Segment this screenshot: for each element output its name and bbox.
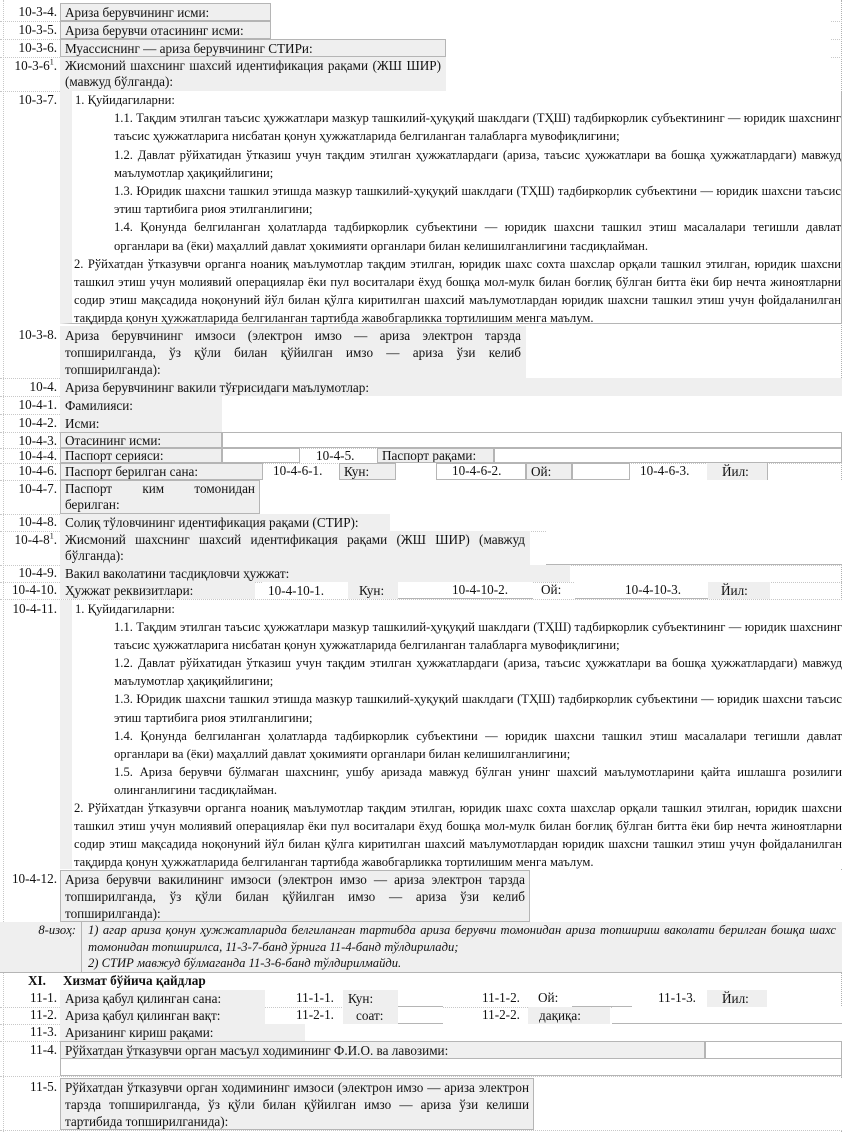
month-label: Ой: (538, 990, 558, 1006)
receipt-hour-input[interactable] (398, 1007, 443, 1024)
month-label: Ой: (541, 582, 561, 598)
rep-tin-input[interactable] (390, 514, 842, 531)
personal-id-label: Жисмоний шахснинг шахсий идентификация р… (60, 57, 446, 91)
rep-signature-input[interactable] (530, 870, 842, 922)
item-number: 10-4-6-1. (273, 463, 322, 479)
incoming-number-label: Аризанинг кириш рақами: (60, 1024, 305, 1041)
row-11-1: 11-1. Ариза қабул қилинган сана: 11-1-1.… (0, 990, 842, 1008)
item-number: 10-3-61. (0, 57, 57, 75)
rep-personal-id-label: Жисмоний шахснинг шахсий идентификация р… (60, 531, 530, 565)
item-number: 11-3. (0, 1024, 57, 1040)
item-number: 10-3-4. (0, 3, 57, 21)
row-11-3: 11-3. Аризанинг кириш рақами: (0, 1024, 842, 1042)
passport-series-label: Паспорт серияси: (60, 448, 222, 463)
declaration-block: 1. Қуйидагиларни: 1.1. Тақдим этилган та… (60, 91, 842, 324)
passport-number-input[interactable] (494, 448, 842, 463)
item-number: 10-4-81. (0, 531, 57, 549)
item-number: 10-4-10-2. (452, 582, 508, 598)
row-10-4-8-1: 10-4-81. Жисмоний шахснинг шахсий иденти… (0, 531, 842, 566)
row-11-2: 11-2. Ариза қабул қилинган вақт: 11-2-1.… (0, 1007, 842, 1025)
minute-label: дақиқа: (528, 1007, 610, 1024)
rep-surname-label: Фамилияси: (60, 396, 222, 414)
declaration-item-1-4: 1.4. Қонунда белгиланган ҳолатларда тадб… (114, 218, 841, 254)
row-10-4-8: 10-4-8. Солиқ тўловчининг идентификация … (0, 514, 842, 532)
officer-signature-input[interactable] (534, 1078, 842, 1130)
row-10-4-12: 10-4-12. Ариза берувчи вакилининг имзоси… (0, 870, 842, 923)
receipt-minute-input[interactable] (612, 1007, 842, 1024)
note-line-1: 1) агар ариза қонун ҳужжатларида белгила… (88, 922, 836, 955)
rep-name-label: Исми: (60, 414, 222, 432)
declaration-head: 1. Қуйидагиларни: (72, 600, 842, 618)
passport-issuer-label: Паспорт ким томонидан берилган: (60, 480, 260, 514)
day-label: Кун: (339, 463, 396, 480)
authority-document-label: Вакил ваколатини тасдиқловчи ҳужжат: (60, 565, 570, 582)
item-number: 10-4-11. (0, 600, 57, 618)
section-roman-numeral: XI. (28, 972, 46, 990)
year-label: Йил: (708, 582, 770, 599)
item-number: 11-1-2. (482, 990, 520, 1006)
rep-patronymic-input[interactable] (222, 432, 842, 448)
item-number: 11-2-1. (296, 1007, 334, 1023)
applicant-signature-input[interactable] (526, 326, 831, 378)
declaration-item-1-3: 1.3. Юридик шахсни ташкил этишда мазкур … (114, 182, 841, 218)
declaration-item-2: 2. Рўйхатдан ўтказувчи органга ноаниқ ма… (72, 799, 842, 871)
personal-id-input[interactable] (446, 57, 831, 91)
document-details-label: Ҳужжат реквизитлари: (60, 582, 255, 599)
officer-signature-label: Рўйхатдан ўтказувчи орган ходимининг имз… (60, 1078, 534, 1130)
item-number: 10-3-8. (0, 326, 57, 344)
row-10-4-3: 10-4-3. Отасининг исми: (0, 432, 842, 449)
founder-tin-input[interactable] (446, 39, 831, 57)
item-number: 10-3-7. (0, 91, 57, 109)
receipt-time-label: Ариза қабул қилинган вақт: (60, 1007, 265, 1024)
applicant-signature-label: Ариза берувчининг имзоси (электрон имзо … (60, 326, 526, 378)
declaration-item-1-1: 1.1. Тақдим этилган таъсис ҳужжатлари ма… (114, 109, 841, 145)
item-number: 10-4-10-3. (625, 582, 681, 598)
year-label: Йил: (707, 990, 767, 1007)
item-number: 11-1-1. (296, 990, 334, 1006)
item-number: 11-4. (0, 1041, 57, 1059)
officer-name-input[interactable] (705, 1041, 842, 1059)
rep-name-input[interactable] (222, 414, 842, 432)
item-number: 10-4-6. (0, 463, 57, 479)
declaration-item-1-5: 1.5. Ариза берувчи бўлмаган шахснинг, уш… (114, 763, 842, 799)
issue-month-input[interactable] (572, 463, 630, 480)
row-10-3-7: 10-3-7. 1. Қуйидагиларни: 1.1. Тақдим эт… (0, 91, 842, 324)
hour-label: соат: (343, 1007, 398, 1024)
row-10-3-4: 10-3-4. Ариза берувчининг исми: (0, 3, 842, 22)
item-number: 11-2-2. (482, 1007, 520, 1023)
item-number: 10-4-6-3. (640, 463, 689, 479)
receipt-month-input[interactable] (572, 990, 632, 1007)
row-10-3-8: 10-3-8. Ариза берувчининг имзоси (электр… (0, 326, 842, 379)
officer-position-input[interactable] (60, 1058, 842, 1076)
item-number: 10-4-6-2. (452, 463, 501, 479)
rep-personal-id-input[interactable] (546, 531, 842, 565)
applicant-patronymic-input[interactable] (271, 21, 831, 39)
day-label: Кун: (343, 990, 398, 1007)
row-10-4-9: 10-4-9. Вакил ваколатини тасдиқловчи ҳуж… (0, 565, 842, 583)
item-number: 10-4-7. (0, 480, 57, 498)
note-line-2: 2) СТИР мавжуд бўлмаганда 11-3-6-банд тў… (88, 955, 836, 972)
applicant-first-name-input[interactable] (271, 3, 831, 21)
declaration-item-2: 2. Рўйхатдан ўтказувчи органга ноаниқ ма… (72, 255, 841, 328)
row-10-4-2: 10-4-2. Исми: (0, 414, 842, 433)
row-10-4: 10-4. Ариза берувчининг вакили тўғрисида… (0, 378, 842, 397)
item-number: 10-4-1. (0, 396, 57, 414)
item-number: 10-3-5. (0, 21, 57, 39)
item-number: 10-4-10. (0, 582, 57, 598)
rep-surname-input[interactable] (222, 396, 842, 414)
officer-name-label: Рўйхатдан ўтказувчи орган масъул ходимин… (60, 1041, 705, 1059)
applicant-patronymic-label: Ариза берувчи отасининг исми: (60, 21, 271, 39)
passport-number-label: Паспорт рақами: (377, 448, 494, 463)
declaration-subitems: 1.1. Тақдим этилган таъсис ҳужжатлари ма… (72, 109, 841, 255)
item-number: 11-5. (0, 1078, 57, 1096)
row-11-5: 11-5. Рўйхатдан ўтказувчи орган ходимини… (0, 1078, 842, 1131)
row-10-4-1: 10-4-1. Фамилияси: (0, 396, 842, 415)
application-form-page: 10-3-4. Ариза берувчининг исми: 10-3-5. … (0, 0, 849, 1132)
passport-issuer-input[interactable] (260, 480, 842, 514)
month-label: Ой: (526, 463, 572, 480)
declaration-item-1-3: 1.3. Юридик шахсни ташкил этишда мазкур … (114, 690, 842, 726)
declaration-item-1-2: 1.2. Давлат рўйхатидан ўтказиш учун тақд… (114, 146, 841, 182)
row-10-3-6: 10-3-6. Муассиснинг — ариза берувчининг … (0, 39, 842, 58)
row-10-4-6: 10-4-6. Паспорт берилган сана: 10-4-6-1.… (0, 463, 842, 481)
receipt-day-input[interactable] (398, 990, 443, 1007)
rep-tin-label: Солиқ тўловчининг идентификация рақами (… (60, 514, 390, 531)
declaration-item-1-2: 1.2. Давлат рўйхатидан ўтказиш учун тақд… (114, 654, 842, 690)
note-8: 8-изоҳ: 1) агар ариза қонун ҳужжатларида… (0, 922, 842, 973)
row-10-4-11: 10-4-11. 1. Қуйидагиларни: 1.1. Тақдим э… (0, 600, 842, 869)
row-11-4: 11-4. Рўйхатдан ўтказувчи орган масъул х… (0, 1041, 842, 1077)
item-number: 10-4-9. (0, 565, 57, 581)
row-10-4-7: 10-4-7. Паспорт ким томонидан берилган: (0, 480, 842, 515)
year-label: Йил: (707, 463, 767, 480)
rep-signature-label: Ариза берувчи вакилининг имзоси (электро… (60, 870, 530, 922)
section-title: Хизмат бўйича қайдлар (63, 972, 206, 990)
item-number: 10-4-5. (316, 448, 354, 463)
declaration-item-1-1: 1.1. Тақдим этилган таъсис ҳужжатлари ма… (114, 618, 842, 654)
item-number: 10-4. (0, 378, 57, 396)
item-number: 10-3-6. (0, 39, 57, 57)
item-number: 11-1-3. (658, 990, 696, 1006)
item-number: 10-4-2. (0, 414, 57, 432)
item-number: 11-1. (0, 990, 57, 1006)
row-10-4-10: 10-4-10. Ҳужжат реквизитлари: 10-4-10-1.… (0, 582, 842, 600)
representative-info-heading: Ариза берувчининг вакили тўғрисидаги маъ… (60, 378, 842, 396)
applicant-first-name-label: Ариза берувчининг исми: (60, 3, 271, 21)
row-10-4-4: 10-4-4. Паспорт серияси: 10-4-5. Паспорт… (0, 448, 842, 464)
item-number: 10-4-8. (0, 514, 57, 530)
incoming-number-input[interactable] (305, 1024, 842, 1041)
passport-series-input[interactable] (222, 448, 300, 463)
declaration-item-1-4: 1.4. Қонунда белгиланган ҳолатларда тадб… (114, 727, 842, 763)
declaration-head: 1. Қуйидагиларни: (72, 91, 841, 109)
passport-issue-date-label: Паспорт берилган сана: (60, 463, 263, 480)
day-label: Кун: (348, 582, 398, 599)
declaration-subitems: 1.1. Тақдим этилган таъсис ҳужжатлари ма… (72, 618, 842, 799)
rep-patronymic-label: Отасининг исми: (60, 432, 222, 448)
note-label: 8-изоҳ: (0, 922, 76, 939)
item-number: 10-4-4. (0, 448, 57, 463)
item-number: 11-2. (0, 1007, 57, 1023)
rep-declaration-block: 1. Қуйидагиларни: 1.1. Тақдим этилган та… (60, 600, 842, 869)
item-number: 10-4-12. (0, 870, 57, 888)
founder-tin-label: Муассиснинг — ариза берувчининг СТИРи: (60, 39, 446, 57)
note-body: 1) агар ариза қонун ҳужжатларида белгила… (81, 922, 836, 972)
receipt-date-label: Ариза қабул қилинган сана: (60, 990, 265, 1007)
issue-day-input[interactable] (396, 463, 436, 480)
issue-year-input[interactable] (767, 463, 768, 480)
row-10-3-6-1: 10-3-61. Жисмоний шахснинг шахсий иденти… (0, 57, 842, 92)
row-10-3-5: 10-3-5. Ариза берувчи отасининг исми: (0, 21, 842, 40)
section-xi-heading: XI. Хизмат бўйича қайдлар (0, 972, 842, 990)
